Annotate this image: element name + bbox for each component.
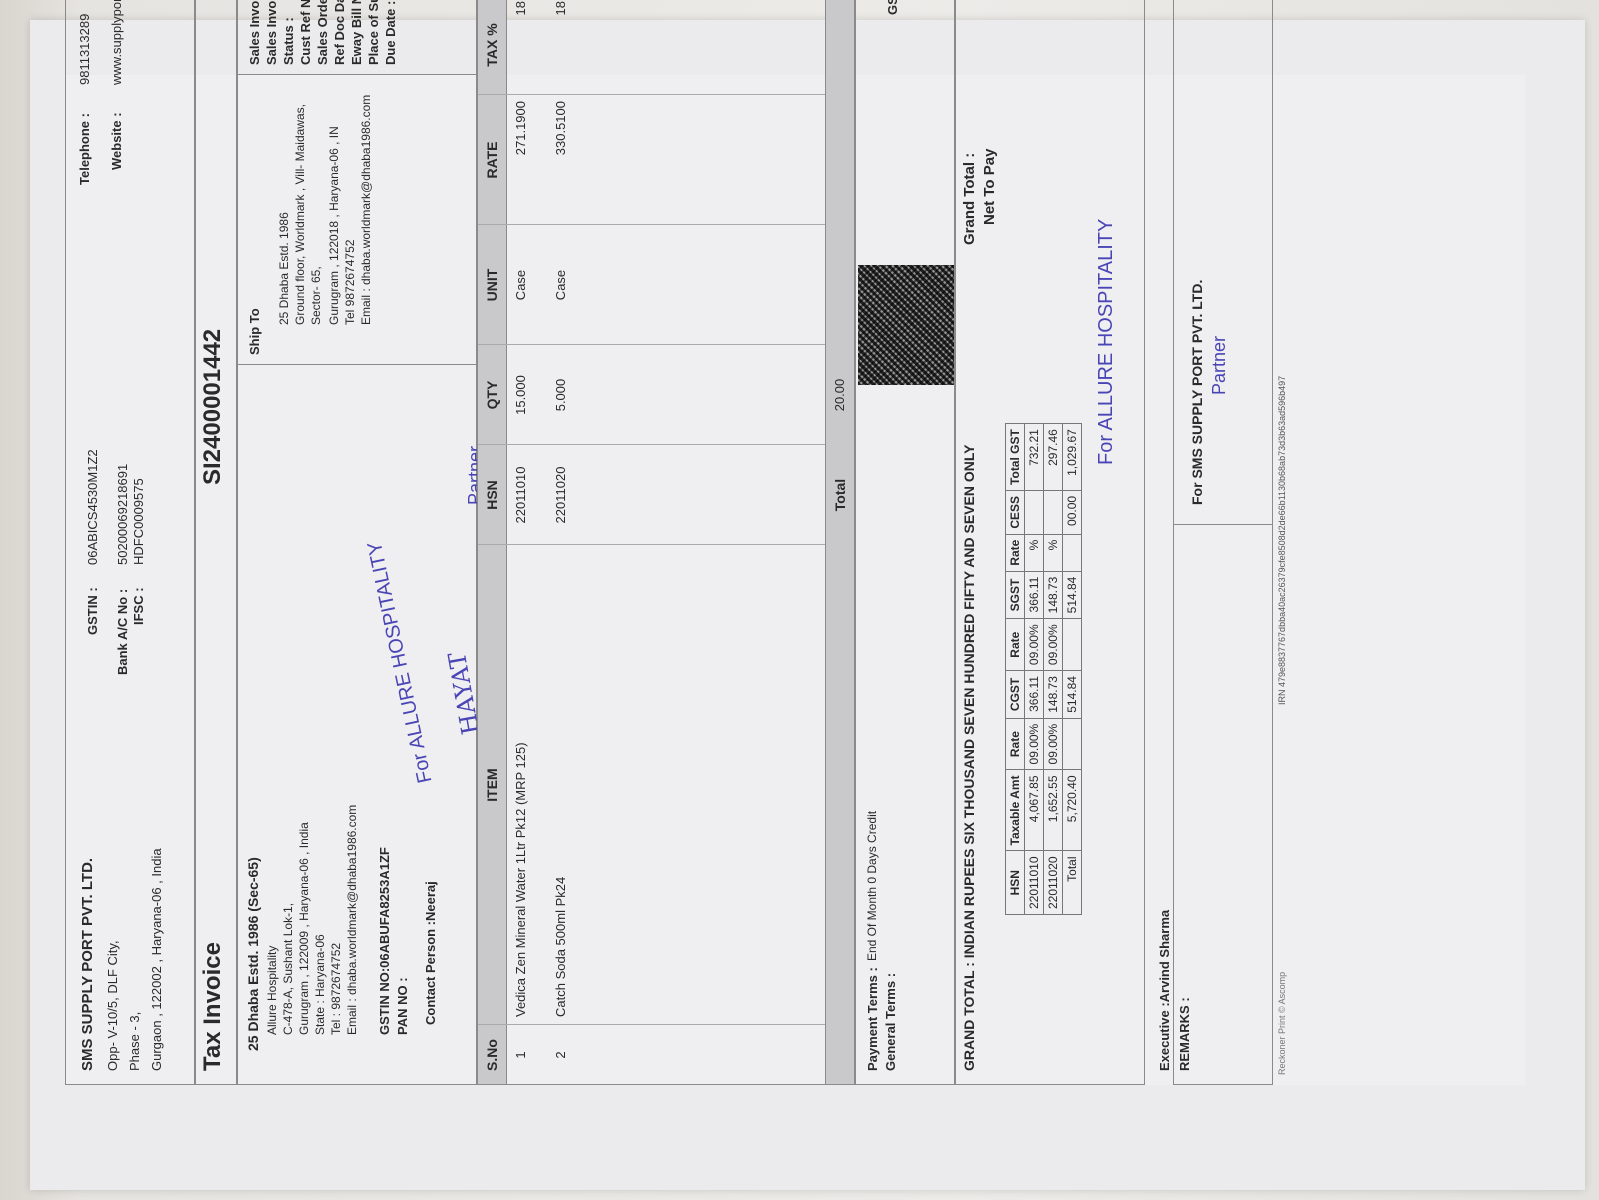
meta-label: Eway Bill No : <box>349 0 364 65</box>
remarks-label: REMARKS : <box>1177 997 1192 1071</box>
gst-cell: 1,029.67 <box>1063 424 1082 491</box>
gst-breakup: HSNTaxable AmtRateCGSTRateSGSTRateCESSTo… <box>1005 423 1082 915</box>
gst-breakup-table: HSNTaxable AmtRateCGSTRateSGSTRateCESSTo… <box>1005 423 1082 915</box>
ship-to-line: Tel 9872674752 <box>343 240 357 325</box>
payment-terms-label: Payment Terms : <box>865 967 880 1071</box>
meta-label: Place of Supply <box>366 0 381 65</box>
telephone: 9811313289 <box>77 14 92 85</box>
net-to-pay-label: Net To Pay <box>981 149 998 225</box>
ship-to-line: 25 Dhaba Estd. 1986 <box>277 212 291 325</box>
gst-column-header: Rate <box>1006 718 1025 770</box>
gst-cell: 148.73 <box>1044 671 1063 719</box>
remarks-block <box>1173 0 1273 1085</box>
general-terms-label: General Terms : <box>883 973 898 1071</box>
ifsc-code: HDFC0009575 <box>131 478 146 565</box>
gst-cell: 297.46 <box>1044 424 1063 491</box>
ifsc-label: IFSC : <box>131 587 146 625</box>
bill-to-pan: PAN NO : <box>395 977 410 1035</box>
bill-to-line: C-478-A, Sushant Lok-1, <box>281 903 295 1035</box>
seller-gstin: 06ABICS4530M1Z2 <box>85 449 100 565</box>
gst-cell: 514.84 <box>1063 671 1082 719</box>
ship-to-heading: Ship To <box>247 308 262 355</box>
contact-person: Contact Person :Neeraj <box>423 881 438 1025</box>
gst-cell: % <box>1044 534 1063 571</box>
gst-column-header: Taxable Amt <box>1006 770 1025 851</box>
for-company: For SMS SUPPLY PORT PVT. LTD. <box>1189 280 1205 505</box>
gst-column-header: Total GST <box>1006 424 1025 491</box>
gst-cell: 732.21 <box>1025 424 1044 491</box>
gst-cell: 366.11 <box>1025 671 1044 719</box>
gst-column-header: HSN <box>1006 851 1025 915</box>
bill-to-name: 25 Dhaba Estd. 1986 (Sec-65) <box>245 857 261 1051</box>
total-label: Total <box>832 445 848 545</box>
gst-cell: 00.00 <box>1063 490 1082 534</box>
telephone-label: Telephone : <box>77 113 92 185</box>
seller-address-3: Gurgaon , 122002 , Haryana-06 , India <box>149 848 164 1071</box>
meta-label: Sales Invoice No <box>247 0 262 65</box>
meta-label: Ref Doc Date : <box>332 0 347 65</box>
total-qty: 20.00 <box>832 345 847 445</box>
gst-column-header: Rate <box>1006 534 1025 571</box>
executive: Executive :Arvind Sharma <box>1157 910 1172 1071</box>
gst-row: 220110201,652.5509.00%148.7309.00%148.73… <box>1044 424 1063 915</box>
meta-label: Sales Invoice Date <box>264 0 279 65</box>
bank-label: Bank A/C No : <box>115 589 130 675</box>
qr-code <box>858 265 954 385</box>
print-credit: Reckoner Print © Ascomp <box>1277 972 1287 1075</box>
bill-to-gstin: GSTIN NO:06ABUFA8253A1ZF <box>377 847 392 1035</box>
gst-cell: 09.00% <box>1025 619 1044 671</box>
grand-total-words: GRAND TOTAL : INDIAN RUPEES SIX THOUSAND… <box>961 391 977 1071</box>
seller-name: SMS SUPPLY PORT PVT. LTD. <box>79 858 96 1071</box>
gst-cell <box>1063 619 1082 671</box>
title-row <box>195 0 237 1085</box>
customer-role-2: Partner <box>1209 336 1230 395</box>
ship-to-line: Gurugram , 122018 , Haryana-06 , IN <box>327 126 341 325</box>
bill-to-line: Gurugram , 122009 , Haryana-06 , India <box>297 822 311 1035</box>
irn: IRN 479e8837767dbba40ac26379cfe8508d2de6… <box>1277 376 1287 705</box>
meta-label: Due Date : <box>383 1 398 65</box>
bill-to-line: Email : dhaba.worldmark@dhaba1986.com <box>345 805 359 1035</box>
gst-cell: 5,720.40 <box>1063 770 1082 851</box>
meta-label: Status : <box>281 17 296 65</box>
payment-terms-value: End Of Month 0 Days Credit <box>865 811 879 961</box>
tax-invoice: SMS SUPPLY PORT PVT. LTD. Opp- V-10/5, D… <box>65 75 1525 1085</box>
seller-address-1: Opp- V-10/5, DLF City, <box>105 940 120 1071</box>
gst-row: 220110104,067.8509.00%366.1109.00%366.11… <box>1025 424 1044 915</box>
gst-column-header: CGST <box>1006 671 1025 719</box>
gst-column-header: SGST <box>1006 571 1025 619</box>
seller-address-2: Phase - 3, <box>127 1012 142 1071</box>
gst-label: GST18% <box>885 0 900 15</box>
bill-to-line: Tel : 9872674752 <box>329 943 343 1035</box>
meta-label: Sales Order <box>315 0 330 65</box>
gst-cell <box>1063 534 1082 571</box>
bill-to-line: Allure Hospitality <box>265 946 279 1035</box>
grand-total-label: Grand Total : <box>961 153 978 245</box>
gst-cell: 1,652.55 <box>1044 770 1063 851</box>
meta-label: Cust Ref No : <box>298 0 313 65</box>
customer-stamp-2: For ALLURE HOSPITALITY <box>1095 219 1118 465</box>
doc-number: SI2400001442 <box>199 329 227 485</box>
website: www.supplyport.in <box>109 0 124 85</box>
gst-cell: 22011010 <box>1025 851 1044 915</box>
bill-to-line: State : Haryana-06 <box>313 934 327 1035</box>
gst-cell: % <box>1025 534 1044 571</box>
gst-cell <box>1025 490 1044 534</box>
gst-cell <box>1044 490 1063 534</box>
gst-column-header: Rate <box>1006 619 1025 671</box>
gst-cell: 4,067.85 <box>1025 770 1044 851</box>
gst-cell: 148.73 <box>1044 571 1063 619</box>
gst-cell <box>1063 718 1082 770</box>
gst-cell: 366.11 <box>1025 571 1044 619</box>
gst-cell: 09.00% <box>1044 619 1063 671</box>
ship-to-line: Email : dhaba.worldmark@dhaba1986.com <box>359 95 373 325</box>
website-label: Website : <box>109 112 124 170</box>
items-frame <box>477 0 855 1085</box>
gst-cell: Total <box>1063 851 1082 915</box>
gst-column-header: CESS <box>1006 490 1025 534</box>
gst-cell: 22011020 <box>1044 851 1063 915</box>
gst-cell: 514.84 <box>1063 571 1082 619</box>
gst-row: Total5,720.40514.84514.8400.001,029.67 <box>1063 424 1082 915</box>
gst-cell: 09.00% <box>1044 718 1063 770</box>
bank-account: 50200069218691 <box>115 464 130 565</box>
doc-title: Tax Invoice <box>199 942 227 1071</box>
gstin-label: GSTIN : <box>85 587 100 635</box>
gst-cell: 09.00% <box>1025 718 1044 770</box>
ship-to-line: Sector- 65, <box>309 266 323 325</box>
ship-to-line: Ground floor, Worldmark , Vill- Maidawas… <box>293 104 307 325</box>
